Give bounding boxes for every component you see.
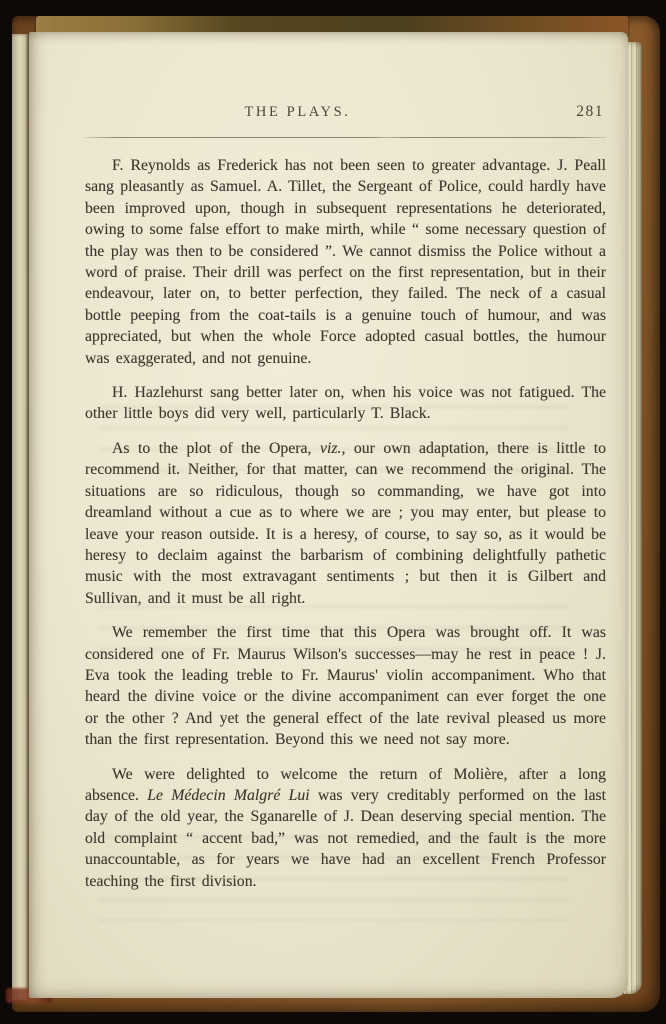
page-text: F. Reynolds as Frederick has not been se… — [85, 155, 606, 892]
italic-phrase: viz. — [320, 440, 342, 457]
book-photo: THE PLAYS. 281 F. Reynolds as Frederick … — [0, 0, 666, 1024]
text-column: THE PLAYS. 281 F. Reynolds as Frederick … — [85, 104, 606, 905]
paragraph: F. Reynolds as Frederick has not been se… — [85, 155, 606, 369]
paragraph: We were delighted to welcome the return … — [85, 764, 606, 892]
page-title: THE PLAYS. — [37, 104, 558, 121]
text-run: We remember the first time that this Ope… — [85, 624, 606, 748]
gutter-page-sliver — [12, 34, 29, 1000]
paragraph: H. Hazlehurst sang better later on, when… — [85, 382, 606, 425]
paragraph: As to the plot of the Opera, viz., our o… — [85, 438, 606, 609]
paragraph: We remember the first time that this Ope… — [85, 622, 606, 750]
book-page: THE PLAYS. 281 F. Reynolds as Frederick … — [29, 32, 628, 998]
italic-phrase: Le Médecin Malgré Lui — [147, 787, 310, 804]
text-run: F. Reynolds as Frederick has not been se… — [85, 157, 606, 367]
running-head: THE PLAYS. 281 — [85, 104, 606, 126]
text-run: H. Hazlehurst sang better later on, when… — [85, 384, 606, 422]
page-number: 281 — [576, 103, 604, 121]
header-rule — [85, 137, 606, 138]
text-run: , our own adaptation, there is little to… — [85, 440, 606, 607]
text-run: As to the plot of the Opera, — [112, 440, 320, 457]
